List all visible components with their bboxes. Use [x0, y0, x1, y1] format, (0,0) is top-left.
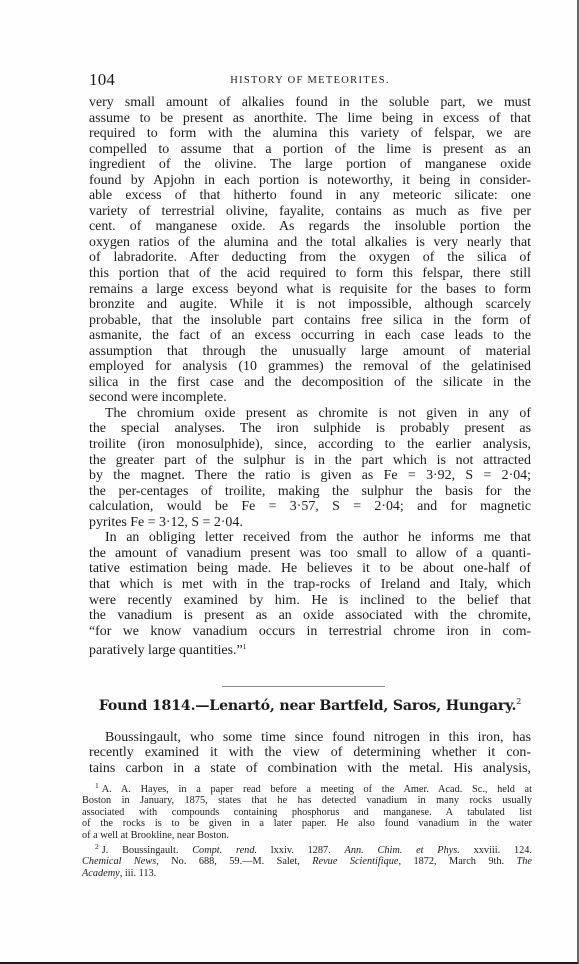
footnote-1-line: Boston in January, 1875, states that he …	[82, 795, 532, 806]
footnote-1-line: associated with compounds containing pho…	[82, 807, 532, 818]
footnote-text: J. Boussingault.	[102, 845, 192, 856]
text-line: assume to be present as anorthite. The l…	[89, 111, 531, 127]
text-line: employed for analysis (10 grammes) the r…	[89, 359, 531, 375]
citation-title: Revue Scientifique	[312, 856, 398, 867]
text-line: the greater part of the sulphur is in th…	[89, 453, 531, 469]
footnote-text: lxxiv. 1287.	[257, 845, 345, 856]
text-line: found by Apjohn in each portion is notew…	[89, 173, 531, 189]
footnote-2-line: Chemical News, No. 688, 59.—M. Salet, Re…	[82, 856, 532, 867]
footnote-mark: 1	[95, 781, 99, 790]
footnote-mark: 2	[95, 842, 99, 851]
text-line: were recently examined by him. He is inc…	[89, 593, 531, 609]
text-line: asmanite, the fact of an excess occurrin…	[89, 328, 531, 344]
text-line: recently examined it with the view of de…	[89, 745, 531, 760]
footnote-text: , 1872, March 9th.	[398, 856, 516, 867]
footnote-2-line: Academy, iii. 113.	[82, 868, 532, 879]
text-line: tative estimation being made. He believe…	[89, 561, 531, 577]
text-line: second were incomplete.	[89, 390, 531, 406]
text-line: variety of terrestrial olivine, fayalite…	[89, 204, 531, 220]
text-line: troilite (iron monosulphide), since, acc…	[89, 437, 531, 453]
book-page: 104 HISTORY OF METEORITES. very small am…	[0, 0, 579, 964]
text-line: the amount of vanadium present was too s…	[89, 546, 531, 562]
section-divider	[222, 686, 385, 687]
text-line-content: paratively large quantities.”	[89, 643, 243, 658]
footnote-text: , iii. 113.	[120, 868, 157, 879]
section-heading-text: Found 1814.—Lenartó, near Bartfeld, Saro…	[99, 698, 516, 714]
text-line: this portion that of the acid required t…	[89, 266, 531, 282]
text-line: oxygen ratios of the alumina and the tot…	[89, 235, 531, 251]
text-line: very small amount of alkalies found in t…	[89, 95, 531, 111]
section-text: Boussingault, who some time since found …	[89, 730, 531, 776]
text-line: probable, that the insoluble part contai…	[89, 313, 531, 329]
text-line: calculation, would be Fe = 3·57, S = 2·0…	[89, 499, 531, 515]
text-line: able excess of that hitherto found in an…	[89, 188, 531, 204]
body-text: very small amount of alkalies found in t…	[89, 95, 531, 659]
footnote-text: xxviii. 124.	[460, 845, 532, 856]
text-line: the per-centages of troilite, making the…	[89, 484, 531, 500]
text-line: assumption that through the unusually la…	[89, 344, 531, 360]
text-line: bronzite and augite. While it is not imp…	[89, 297, 531, 313]
text-line: remains a large excess beyond what is re…	[89, 282, 531, 298]
text-line: the special analyses. The iron sulphide …	[89, 421, 531, 437]
text-line: required to form with the alumina this v…	[89, 126, 531, 142]
text-line: pyrites Fe = 3·12, S = 2·04.	[89, 515, 531, 531]
footnote-1-line: of a well at Brookline, near Boston.	[82, 830, 532, 841]
text-line: the vanadium is present as an oxide asso…	[89, 608, 531, 624]
running-head: 104 HISTORY OF METEORITES.	[89, 70, 531, 92]
text-line: ingredient of the olivine. The large por…	[89, 157, 531, 173]
text-line: compelled to assume that a portion of th…	[89, 142, 531, 158]
citation-title: Chemical News	[82, 856, 156, 867]
section-heading: Found 1814.—Lenartó, near Bartfeld, Saro…	[89, 697, 531, 714]
text-line: Boussingault, who some time since found …	[89, 730, 531, 745]
citation-title: Compt. rend.	[192, 845, 257, 856]
footnote-2-line: 2J. Boussingault. Compt. rend. lxxiv. 12…	[82, 841, 532, 856]
footnote-ref: 2	[516, 697, 521, 706]
text-line: “for we know vanadium occurs in terrestr…	[89, 624, 531, 640]
citation-title: Ann. Chim. et Phys.	[345, 845, 460, 856]
footnote-1-line: 1A. A. Hayes, in a paper read before a m…	[82, 780, 532, 795]
text-line: that which is met with in the trap-rocks…	[89, 577, 531, 593]
text-line: silica in the first case and the decompo…	[89, 375, 531, 391]
footnotes: 1A. A. Hayes, in a paper read before a m…	[82, 780, 532, 879]
citation-title: The	[517, 856, 532, 867]
citation-title: Academy	[82, 868, 120, 879]
footnote-ref: 1	[243, 642, 247, 651]
text-line: of labradorite. After deducting from the…	[89, 250, 531, 266]
text-line: cent. of manganese oxide. As regards the…	[89, 219, 531, 235]
footnote-text: , No. 688, 59.—M. Salet,	[156, 856, 312, 867]
running-title: HISTORY OF METEORITES.	[89, 75, 531, 86]
footnote-text: A. A. Hayes, in a paper read before a me…	[102, 784, 532, 795]
text-line: by the magnet. There the ratio is given …	[89, 468, 531, 484]
text-line: paratively large quantities.”1	[89, 639, 531, 659]
text-line: In an obliging letter received from the …	[89, 530, 531, 546]
text-line: The chromium oxide present as chromite i…	[89, 406, 531, 422]
text-line: tains carbon in a state of combination w…	[89, 761, 531, 776]
footnote-1-line: of the rocks is to be given in a later p…	[82, 818, 532, 829]
